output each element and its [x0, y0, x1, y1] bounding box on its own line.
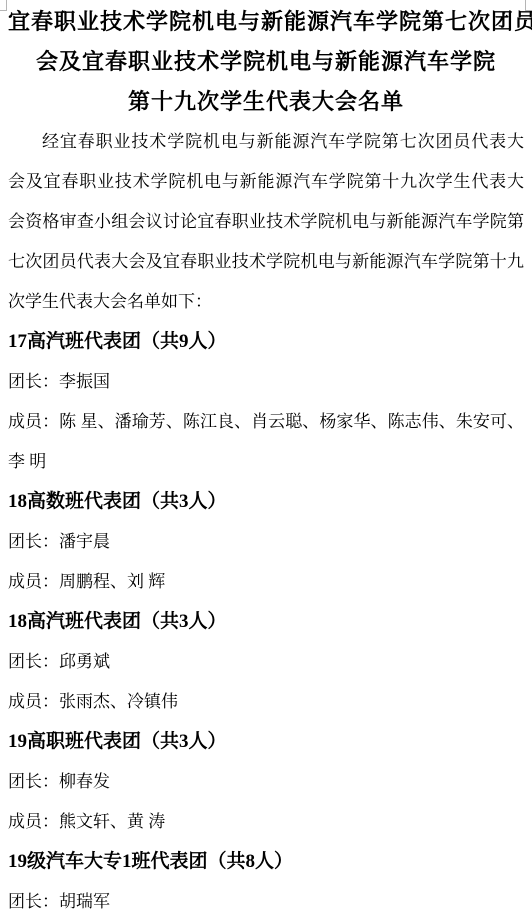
- intro-paragraph-line: 会及宜春职业技术学院机电与新能源汽车学院第十九次学生代表大: [8, 162, 524, 202]
- intro-paragraph: 经宜春职业技术学院机电与新能源汽车学院第七次团员代表大 会及宜春职业技术学院机电…: [8, 122, 524, 322]
- delegation-leader-line: 团长：胡瑞军: [8, 882, 524, 918]
- intro-paragraph-line: 经宜春职业技术学院机电与新能源汽车学院第七次团员代表大: [8, 122, 524, 162]
- delegation-leader-line: 团长：邱勇斌: [8, 642, 524, 682]
- delegation-leader-line: 团长：潘宇晨: [8, 522, 524, 562]
- delegation-heading: 19高职班代表团（共3人）: [8, 722, 524, 762]
- intro-paragraph-line: 七次团员代表大会及宜春职业技术学院机电与新能源汽车学院第十九: [8, 242, 524, 282]
- crop-mark-top-right-icon: [525, 0, 532, 11]
- delegation-members-line: 成员：熊文轩、黄 涛: [8, 802, 524, 842]
- delegation-leader-line: 团长：柳春发: [8, 762, 524, 802]
- crop-mark-top-left-icon: [0, 0, 7, 11]
- delegation-section-17gaoqi: 17高汽班代表团（共9人） 团长：李振国 成员：陈 星、潘瑜芳、陈江良、肖云聪、…: [8, 322, 524, 482]
- delegation-section-19qiche-dazhuan-1: 19级汽车大专1班代表团（共8人） 团长：胡瑞军: [8, 842, 524, 918]
- document-title-line-2: 会及宜春职业技术学院机电与新能源汽车学院: [8, 42, 524, 82]
- delegation-leader-line: 团长：李振国: [8, 362, 524, 402]
- intro-paragraph-line: 会资格审查小组会议讨论宜春职业技术学院机电与新能源汽车学院第: [8, 202, 524, 242]
- intro-paragraph-line: 次学生代表大会名单如下：: [8, 282, 524, 322]
- delegation-members-line: 成员：张雨杰、冷镇伟: [8, 682, 524, 722]
- delegation-heading: 17高汽班代表团（共9人）: [8, 322, 524, 362]
- document-title: 宜春职业技术学院机电与新能源汽车学院第七次团员代表大 会及宜春职业技术学院机电与…: [8, 2, 524, 122]
- delegation-members-line: 成员：周鹏程、刘 辉: [8, 562, 524, 602]
- delegation-members-line-continued: 李 明: [8, 442, 524, 482]
- delegation-section-18gaoqi: 18高汽班代表团（共3人） 团长：邱勇斌 成员：张雨杰、冷镇伟: [8, 602, 524, 722]
- document-title-line-1: 宜春职业技术学院机电与新能源汽车学院第七次团员代表大: [8, 2, 524, 42]
- document-page: 宜春职业技术学院机电与新能源汽车学院第七次团员代表大 会及宜春职业技术学院机电与…: [0, 0, 532, 918]
- delegation-section-19gaozhi: 19高职班代表团（共3人） 团长：柳春发 成员：熊文轩、黄 涛: [8, 722, 524, 842]
- delegation-heading: 18高汽班代表团（共3人）: [8, 602, 524, 642]
- delegation-section-18gaoshu: 18高数班代表团（共3人） 团长：潘宇晨 成员：周鹏程、刘 辉: [8, 482, 524, 602]
- document-title-line-3: 第十九次学生代表大会名单: [8, 82, 524, 122]
- delegation-heading: 18高数班代表团（共3人）: [8, 482, 524, 522]
- delegation-heading: 19级汽车大专1班代表团（共8人）: [8, 842, 524, 882]
- delegation-members-line: 成员：陈 星、潘瑜芳、陈江良、肖云聪、杨家华、陈志伟、朱安可、: [8, 402, 524, 442]
